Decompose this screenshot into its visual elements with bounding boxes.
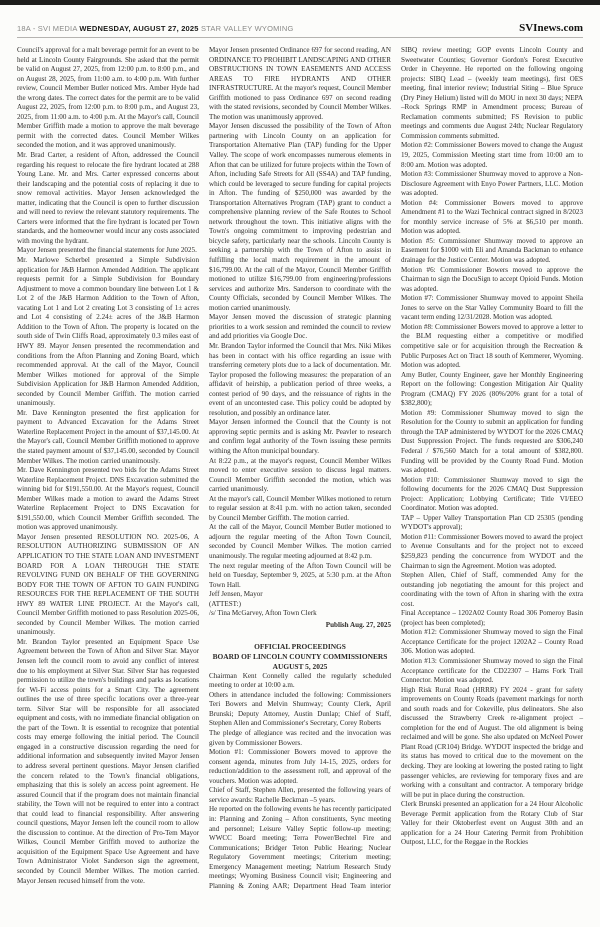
masthead-left: 18A - SVI MEDIA WEDNESDAY, AUGUST 27, 20… [17, 24, 294, 33]
proceedings-paragraph: Motion #12: Commissioner Shumway moved t… [401, 628, 583, 657]
proceedings-paragraph: Motion #1: Commissioner Bowers moved to … [209, 748, 391, 786]
proceedings-heading-title: OFFICIAL PROCEEDINGS [209, 642, 391, 652]
masthead-location: STAR VALLEY WYOMING [201, 24, 294, 33]
proceedings-paragraph: Others in attendance included the follow… [209, 691, 391, 729]
minutes-paragraph: Mr. Dave Kennington presented the first … [17, 409, 199, 466]
proceedings-paragraph: Motion #3: Commissioner Shumway moved to… [401, 170, 583, 199]
proceedings-paragraph: The pledge of allegiance was recited and… [209, 729, 391, 748]
proceedings-paragraph: Final Acceptance – 1202A02 County Road 3… [401, 609, 583, 628]
proceedings-paragraph: High Risk Rural Road (HRRR) FY 2024 - gr… [401, 686, 583, 801]
proceedings-paragraph: Motion #2: Commissioner Bowers moved to … [401, 141, 583, 170]
minutes-paragraph: Mr. Brad Carter, a resident of Afton, ad… [17, 151, 199, 246]
newspaper-page: 18A - SVI MEDIA WEDNESDAY, AUGUST 27, 20… [0, 0, 600, 927]
signature-mayor: Jeff Jensen, Mayor [209, 590, 391, 600]
minutes-paragraph: Mr. Brandon Taylor presented an Equipmen… [17, 638, 199, 886]
minutes-paragraph: Mr. Dave Kennington presented two bids f… [17, 466, 199, 533]
proceedings-paragraph: Motion #8: Commissioner Bowers moved to … [401, 323, 583, 371]
page-id: 18A - SVI MEDIA [17, 24, 77, 33]
minutes-paragraph: Mayor Jensen informed the Council that t… [209, 418, 391, 456]
proceedings-paragraph: Clerk Brunski presented an application f… [401, 800, 583, 848]
minutes-paragraph: Mayor Jensen presented Ordinance 697 for… [209, 46, 391, 122]
minutes-paragraph: Mr. Brandon Taylor informed the Council … [209, 342, 391, 418]
proceedings-paragraph: Chairman Kent Connelly called the regula… [209, 672, 391, 691]
signature-attest: (ATTEST:) [209, 600, 391, 610]
proceedings-paragraph: Chief of Staff, Stephen Allen, presented… [209, 786, 391, 805]
minutes-paragraph: At the call of the Mayor, Council Member… [209, 523, 391, 561]
minutes-paragraph: Mayor Jensen presented RESOLUTION NO. 20… [17, 533, 199, 638]
proceedings-paragraph: Motion #4: Commissioner Bowers moved to … [401, 199, 583, 237]
proceedings-paragraph: Motion #6: Commissioner Bowers moved to … [401, 266, 583, 295]
masthead: 18A - SVI MEDIA WEDNESDAY, AUGUST 27, 20… [0, 22, 600, 36]
proceedings-paragraph: Stephen Allen, Chief of Staff, commended… [401, 571, 583, 609]
masthead-date: WEDNESDAY, AUGUST 27, 2025 [79, 24, 198, 33]
minutes-paragraph: Mr. Marlowe Scherbel presented a Simple … [17, 256, 199, 409]
minutes-paragraph: Mayor Jensen discussed the possibility o… [209, 122, 391, 313]
proceedings-paragraph: TAP – Upper Valley Transportation Plan C… [401, 514, 583, 533]
proceedings-paragraph: Motion #5: Commissioner Shumway moved to… [401, 237, 583, 266]
proceedings-paragraph: Motion #10: Commissioner Shumway moved t… [401, 476, 583, 514]
minutes-paragraph: At 8:22 p.m., at the mayor's request, Co… [209, 457, 391, 495]
proceedings-paragraph: Motion #7: Commissioner Shumway moved to… [401, 294, 583, 323]
publish-date-line: Publish Aug. 27, 2025 [209, 621, 391, 631]
minutes-paragraph: Mayor Jensen moved the discussion of str… [209, 313, 391, 342]
masthead-site: SVInews.com [519, 22, 583, 34]
proceedings-heading: OFFICIAL PROCEEDINGS BOARD OF LINCOLN CO… [209, 642, 391, 671]
page-top-bar [0, 0, 600, 5]
proceedings-paragraph: Motion #11: Commissioner Bowers moved to… [401, 533, 583, 571]
proceedings-paragraph: Motion #13: Commissioner Shumway moved t… [401, 657, 583, 686]
minutes-paragraph: Mayor Jensen presented the financial sta… [17, 246, 199, 256]
minutes-paragraph: The next regular meeting of the Afton To… [209, 562, 391, 591]
signature-clerk: /s/ Tina McGarvey, Afton Town Clerk [209, 609, 391, 619]
proceedings-heading-date: AUGUST 5, 2025 [209, 662, 391, 672]
minutes-paragraph: Council's approval for a malt beverage p… [17, 46, 199, 151]
proceedings-paragraph: Motion #9: Commissioner Shumway moved to… [401, 409, 583, 476]
masthead-rule [17, 37, 583, 38]
minutes-paragraph: At the mayor's call, Council Member Wilk… [209, 495, 391, 524]
article-columns: Council's approval for a malt beverage p… [0, 46, 600, 898]
proceedings-heading-board: BOARD OF LINCOLN COUNTY COMMISSIONERS [209, 652, 391, 662]
proceedings-paragraph: Amy Butler, County Engineer, gave her Mo… [401, 371, 583, 409]
